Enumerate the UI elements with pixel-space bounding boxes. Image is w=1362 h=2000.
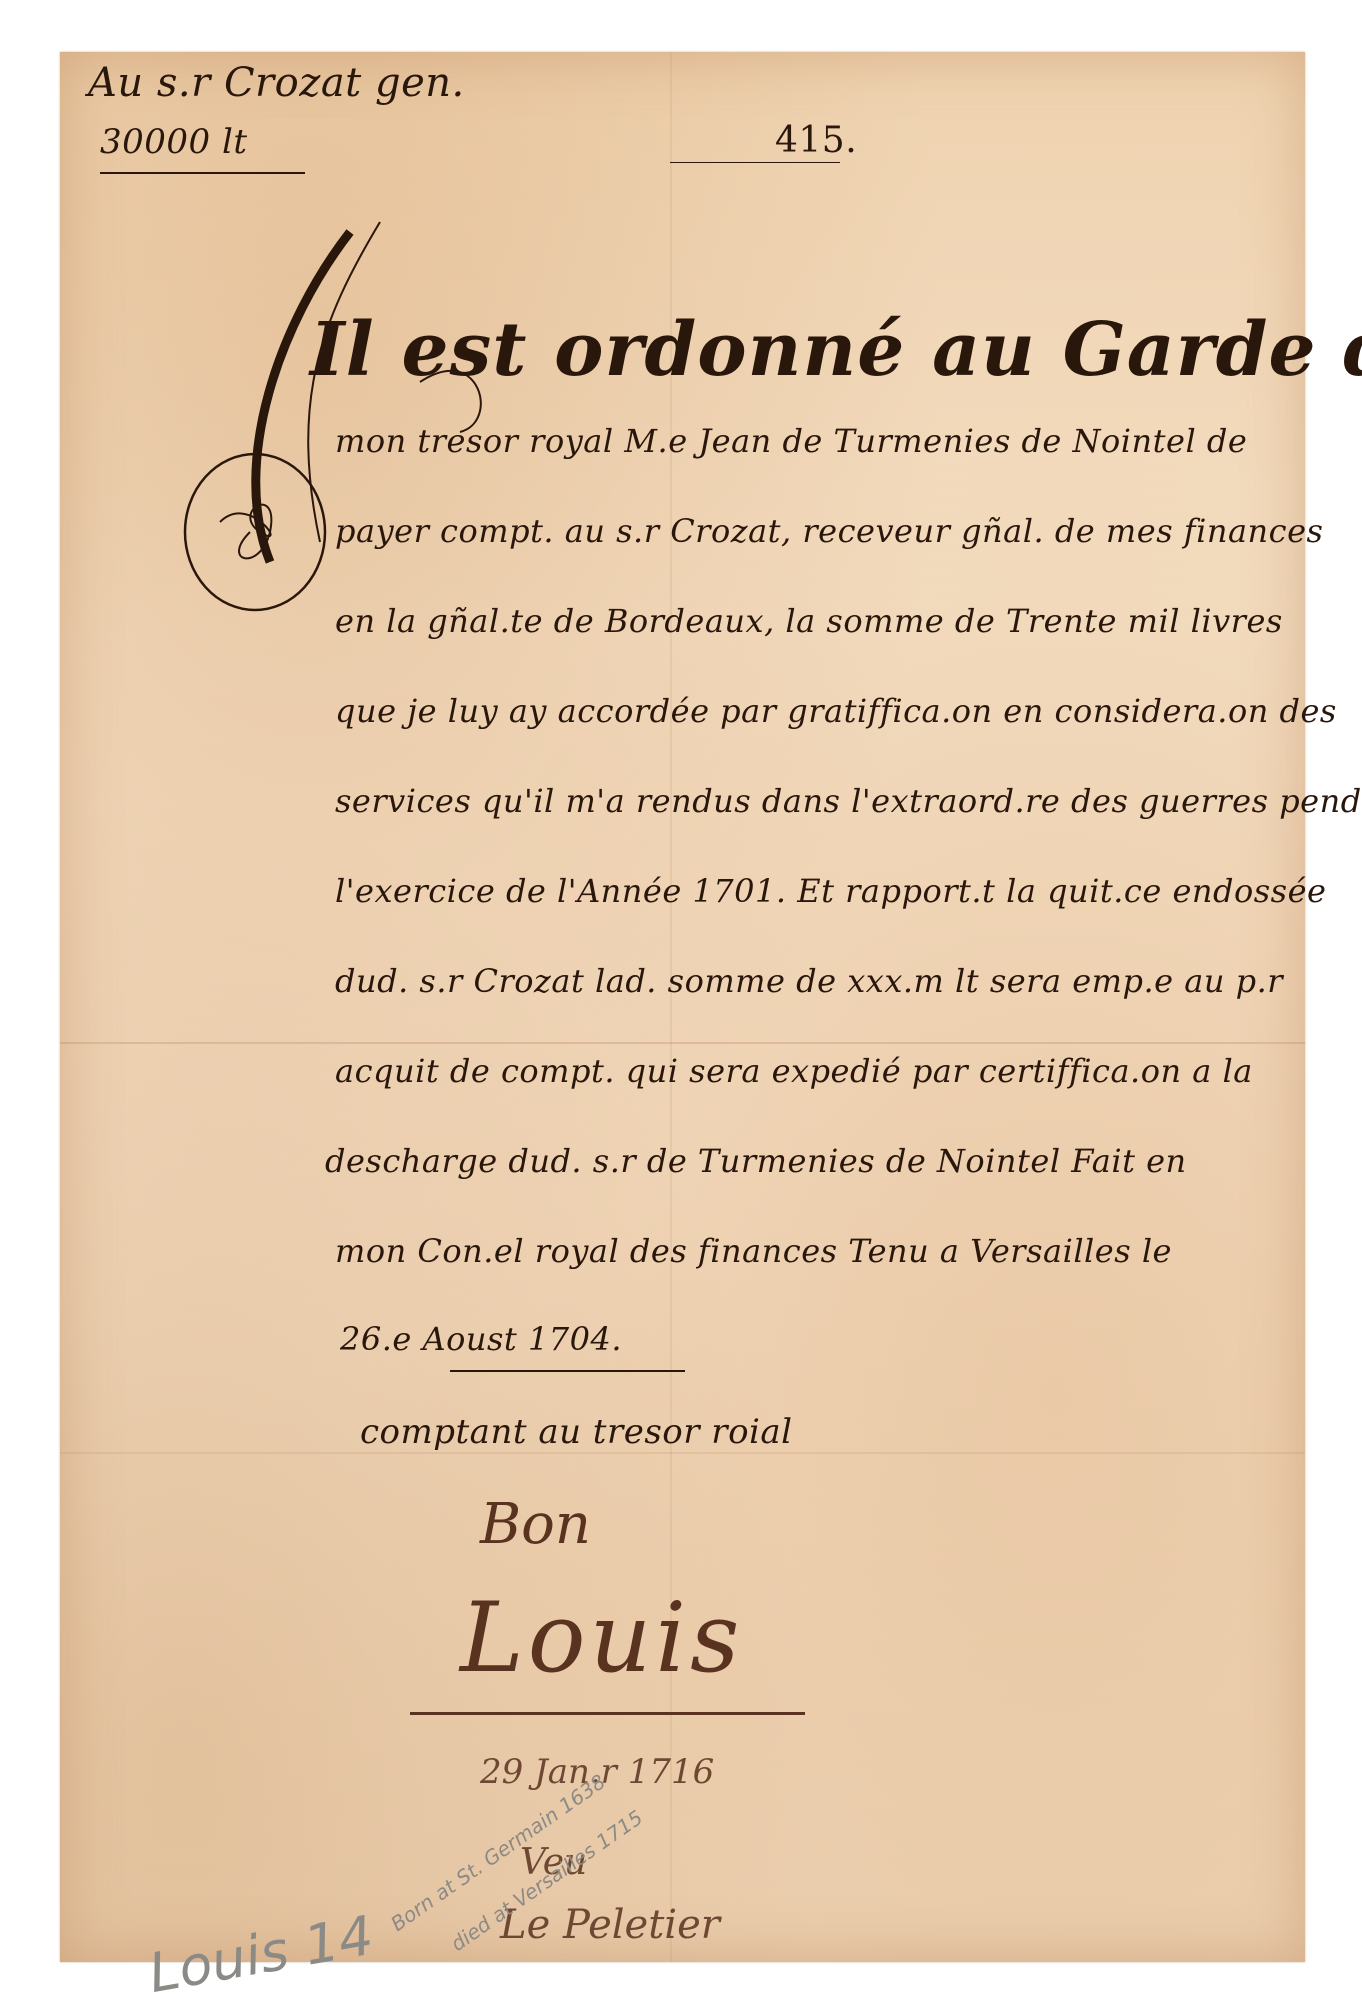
signature-underline: [410, 1712, 805, 1715]
date-underline: [450, 1370, 685, 1372]
horizontal-fold-line: [60, 1042, 1305, 1044]
royal-signature: Louis: [460, 1582, 743, 1694]
pencil-annotation-name: Louis 14: [144, 1904, 378, 2000]
folio-number: 415.: [775, 120, 857, 161]
horizontal-fold-line: [60, 1452, 1305, 1454]
docket-underline: [100, 172, 305, 174]
folio-underline: [670, 162, 840, 163]
body-line-1: mon tresor royal M.e Jean de Turmenies d…: [335, 422, 1247, 460]
manuscript-page: Au s.r Crozat gen. 30000 lt 415. Il est …: [60, 52, 1305, 1962]
body-line-10: mon Con.el royal des finances Tenu a Ver…: [335, 1232, 1172, 1270]
body-line-8: acquit de compt. qui sera expedié par ce…: [335, 1052, 1253, 1090]
docket-amount: 30000 lt: [100, 122, 248, 162]
body-line-3: en la gñal.te de Bordeaux, la somme de T…: [335, 602, 1283, 640]
body-line-7: dud. s.r Crozat lad. somme de xxx.m lt s…: [335, 962, 1283, 1000]
countersignature: Le Peletier: [500, 1902, 720, 1948]
opening-line: Il est ordonné au Garde de: [310, 307, 1362, 393]
bon-label: Bon: [480, 1492, 591, 1557]
body-line-2: payer compt. au s.r Crozat, receveur gña…: [335, 512, 1323, 550]
body-line-5: services qu'il m'a rendus dans l'extraor…: [335, 782, 1362, 820]
body-line-6: l'exercice de l'Année 1701. Et rapport.t…: [335, 872, 1326, 910]
body-line-4: que je luy ay accordée par gratiffica.on…: [335, 692, 1337, 730]
date-line: 26.e Aoust 1704.: [340, 1320, 622, 1358]
payment-note: comptant au tresor roial: [360, 1412, 793, 1452]
body-line-9: descharge dud. s.r de Turmenies de Noint…: [325, 1142, 1187, 1180]
docket-recipient: Au s.r Crozat gen.: [88, 60, 465, 106]
